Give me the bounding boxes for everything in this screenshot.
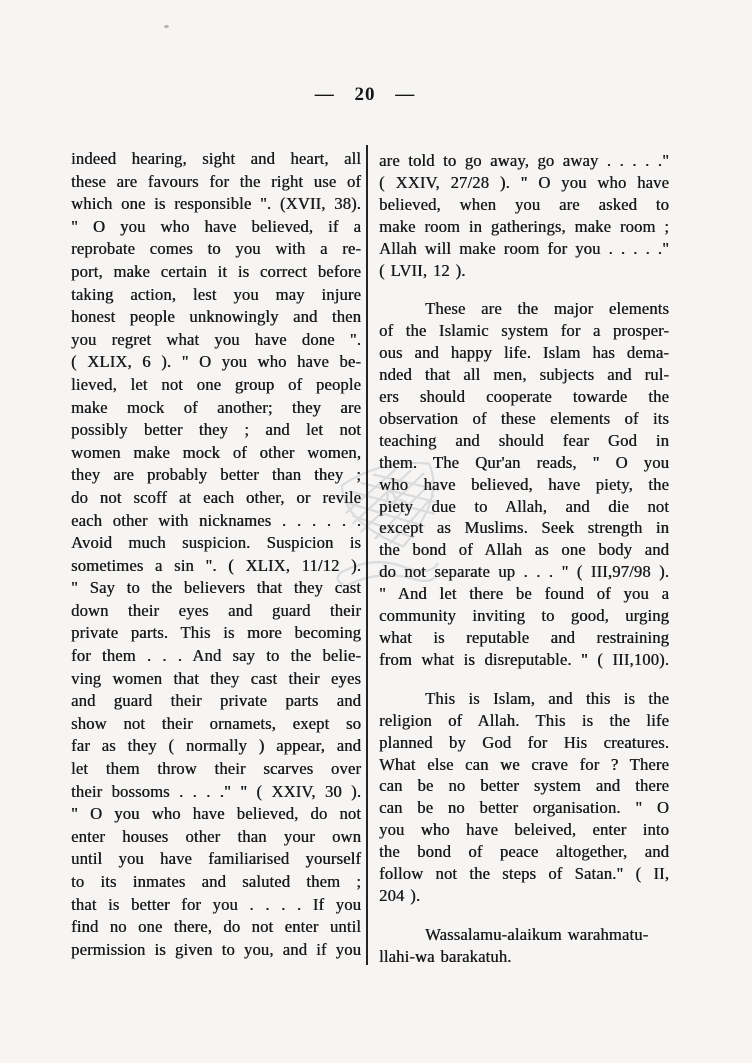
text-line: private parts. This is more becoming	[71, 622, 361, 645]
text-line: observation of these elements of its	[379, 408, 669, 430]
text-line: find no one there, do not enter until	[71, 916, 361, 939]
text-line: enter houses other than your own	[71, 826, 361, 849]
text-line: reprobate comes to you with a re-	[71, 238, 361, 261]
column-divider-rule	[366, 145, 368, 965]
text-line: llahi-wa barakatuh.	[379, 946, 669, 968]
text-line: are told to go away, go away . . . . ."	[379, 150, 669, 172]
text-line: except as Muslims. Seek strength in	[379, 517, 669, 539]
text-line: and guard their private parts and	[71, 690, 361, 713]
text-line: make mock of another; they are	[71, 397, 361, 420]
text-line: ous and happy life. Islam has dema-	[379, 342, 669, 364]
text-line: ers should cooperate towarde the	[379, 386, 669, 408]
text-line: nded that all men, subjects and rul-	[379, 364, 669, 386]
text-line: lieved, let not one group of people	[71, 374, 361, 397]
text-line: of the Islamic system for a prosper-	[379, 320, 669, 342]
page-number: — 20 —	[0, 84, 730, 106]
text-line: these are favours for the right use of	[71, 171, 361, 194]
ink-speck	[164, 25, 169, 28]
text-line: do not separate up . . . " ( III,97/98 )…	[379, 561, 669, 583]
text-line: can be no better system and there	[379, 775, 669, 797]
text-line: women make mock of other women,	[71, 442, 361, 465]
text-line: who have believed, have piety, the	[379, 474, 669, 496]
text-line: believed, when you are asked to	[379, 194, 669, 216]
text-column-left: indeed hearing, sight and heart, allthes…	[71, 148, 361, 961]
text-line: them. The Qur'an reads, " O you	[379, 452, 669, 474]
text-column-right: are told to go away, go away . . . . ."(…	[379, 150, 669, 968]
text-line: ( LVII, 12 ).	[379, 260, 669, 282]
text-line: from what is disreputable. " ( III,100).	[379, 649, 669, 671]
text-line: honest people unknowingly and then	[71, 306, 361, 329]
text-line: you regret what you have done ".	[71, 329, 361, 352]
text-line: for them . . . And say to the belie-	[71, 645, 361, 668]
text-line: piety due to Allah, and die not	[379, 496, 669, 518]
text-line: follow not the steps of Satan." ( II,	[379, 863, 669, 885]
text-line: each other with nicknames . . . . . .	[71, 510, 361, 533]
text-line: " O you who have believed, if a	[71, 216, 361, 239]
text-line: until you have familiarised yourself	[71, 848, 361, 871]
text-line: that is better for you . . . . If you	[71, 894, 361, 917]
text-line: 204 ).	[379, 885, 669, 907]
text-line: Wassalamu-alaikum warahmatu-	[379, 924, 669, 946]
text-line: to its inmates and saluted them ;	[71, 871, 361, 894]
text-line: " O you who have believed, do not	[71, 803, 361, 826]
text-line: sometimes a sin ". ( XLIX, 11/12 ).	[71, 555, 361, 578]
text-line: their bossoms . . . ." " ( XXIV, 30 ).	[71, 781, 361, 804]
text-line: ving women that they cast their eyes	[71, 668, 361, 691]
text-line: ( XLIX, 6 ). " O you who have be-	[71, 351, 361, 374]
text-line: teaching and should fear God in	[379, 430, 669, 452]
text-line: planned by God for His creatures.	[379, 732, 669, 754]
text-line: " And let there be found of you a	[379, 583, 669, 605]
text-line: you who have beleived, enter into	[379, 819, 669, 841]
text-line: ( XXIV, 27/28 ). " O you who have	[379, 172, 669, 194]
text-line: These are the major elements	[379, 298, 669, 320]
text-line: religion of Allah. This is the life	[379, 710, 669, 732]
text-line: which one is responsible ". (XVII, 38).	[71, 193, 361, 216]
text-line: possibly better they ; and let not	[71, 419, 361, 442]
text-line: what is reputable and restraining	[379, 627, 669, 649]
text-line: permission is given to you, and if you	[71, 939, 361, 962]
text-line: do not scoff at each other, or revile	[71, 487, 361, 510]
text-line: far as they ( normally ) appear, and	[71, 735, 361, 758]
text-line: show not their ornamets, exept so	[71, 713, 361, 736]
text-line: taking action, lest you may injure	[71, 284, 361, 307]
text-line: community inviting to good, urging	[379, 605, 669, 627]
text-line: indeed hearing, sight and heart, all	[71, 148, 361, 171]
text-line: down their eyes and guard their	[71, 600, 361, 623]
text-line: Avoid much suspicion. Suspicion is	[71, 532, 361, 555]
text-line: they are probably better than they ;	[71, 464, 361, 487]
text-line: What else can we crave for ? There	[379, 754, 669, 776]
text-line: port, make certain it is correct before	[71, 261, 361, 284]
text-line: let them throw their scarves over	[71, 758, 361, 781]
text-line: make room in gatherings, make room ;	[379, 216, 669, 238]
text-line: This is Islam, and this is the	[379, 688, 669, 710]
text-line: the bond of peace altogether, and	[379, 841, 669, 863]
text-line: can be no better organisation. " O	[379, 797, 669, 819]
text-line: " Say to the believers that they cast	[71, 577, 361, 600]
scanned-book-page: — 20 — indeed hearing, sight and heart, …	[0, 0, 752, 1063]
text-line: the bond of Allah as one body and	[379, 539, 669, 561]
text-line: Allah will make room for you . . . . ."	[379, 238, 669, 260]
